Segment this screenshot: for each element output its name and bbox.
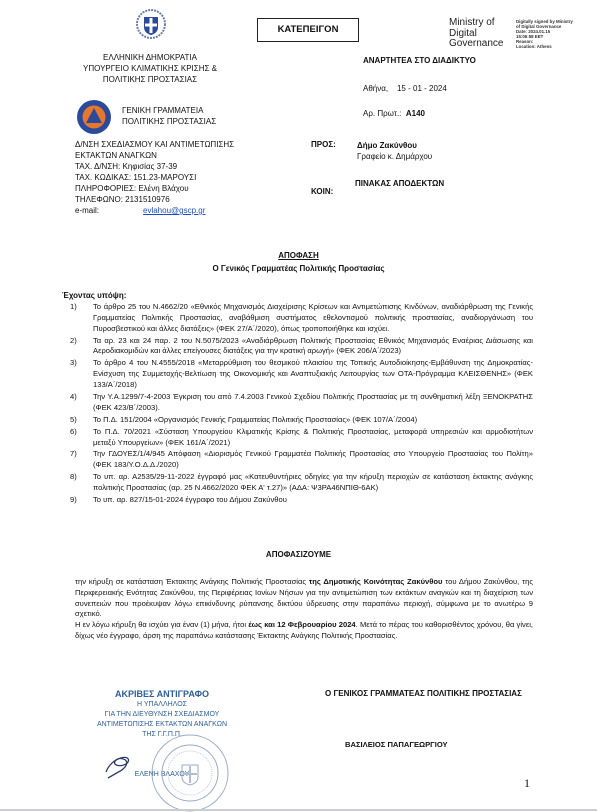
signature-meta: Digitally signed by Ministry of Digital … (516, 19, 573, 49)
item-number: 5) (70, 415, 77, 426)
secretariat-line: ΓΕΝΙΚΗ ΓΡΑΜΜΑΤΕΙΑ (122, 105, 216, 116)
considering-heading: Έχοντας υπόψη: (62, 291, 126, 300)
department-line: Δ/ΝΣΗ ΣΧΕΔΙΑΣΜΟΥ ΚΑΙ ΑΝΤΙΜΕΤΩΠΙΣΗΣ (75, 139, 234, 150)
signer-name: Ministry of Digital Governance (449, 18, 503, 50)
department-line: ΕΚΤΑΚΤΩΝ ΑΝΑΓΚΩΝ (75, 150, 234, 161)
certified-line: Η ΥΠΑΛΛΗΛΟΣ (62, 700, 262, 710)
secretary-general-name: ΒΑΣΙΛΕΙΟΣ ΠΑΠΑΓΕΩΡΓΙΟΥ (345, 740, 448, 749)
secretary-general-title: Ο ΓΕΝΙΚΟΣ ΓΡΑΜΜΑΤΕΑΣ ΠΟΛΙΤΙΚΗΣ ΠΡΟΣΤΑΣΙΑ… (325, 689, 522, 698)
list-item: 3)Το άρθρο 4 του Ν.4555/2018 «Μεταρρύθμι… (93, 358, 533, 390)
page-edge-divider (0, 809, 597, 811)
item-number: 8) (70, 472, 77, 483)
recipient-block: Δήμο Ζακύνθου Γραφείο κ. Δημάρχου (357, 140, 432, 162)
item-text: Το Π.Δ. 70/2021 «Σύσταση Υπουργείου Κλιμ… (93, 427, 533, 447)
signer-line: Ministry of (449, 18, 503, 29)
item-text: Το Π.Δ. 151/2004 «Οργανισμός Γενικής Γρα… (93, 415, 417, 424)
considerations-list: 1)Το άρθρο 25 του Ν.4662/20 «Εθνικός Μηχ… (93, 302, 533, 507)
item-number: 9) (70, 495, 77, 506)
decision-title: ΑΠΟΦΑΣΗ (0, 251, 597, 260)
text-run: την κήρυξη σε κατάσταση Έκτακτης Ανάγκης… (75, 577, 309, 586)
list-item: 6)Το Π.Δ. 70/2021 «Σύσταση Υπουργείου Κλ… (93, 427, 533, 449)
info-contact-line: ΠΛΗΡΟΦΟΡΙΕΣ: Ελένη Βλάχου (75, 183, 234, 194)
postal-code-line: ΤΑΧ. ΚΩΔΙΚΑΣ: 151.23-ΜΑΡΟΥΣΙ (75, 172, 234, 183)
item-text: Τα αρ. 23 και 24 παρ. 2 του Ν.5075/2023 … (93, 336, 533, 356)
decision-subtitle: Ο Γενικός Γραμματέας Πολιτικής Προστασία… (0, 264, 597, 273)
signature-meta-line: Location: Athens (516, 44, 573, 49)
email-link[interactable]: evlahou@gscp.gr (143, 206, 205, 215)
digital-signature-stamp[interactable]: Ministry of Digital Governance Digitally… (449, 18, 597, 54)
cc-label: ΚΟΙΝ: (311, 187, 333, 196)
document-date: Αθήνα, 15 - 01 - 2024 (363, 84, 447, 93)
official-seal-icon (150, 733, 230, 812)
item-number: 6) (70, 427, 77, 438)
item-number: 3) (70, 358, 77, 369)
item-text: Το υπ. αρ. Α2535/29-11-2022 έγγραφό μας … (93, 472, 533, 492)
list-item: 9)Το υπ. αρ. 827/15-01-2024 έγγραφο του … (93, 495, 533, 506)
item-number: 1) (70, 302, 77, 313)
decision-paragraph: την κήρυξη σε κατάσταση Έκτακτης Ανάγκης… (75, 577, 533, 620)
secretariat-name: ΓΕΝΙΚΗ ΓΡΑΜΜΑΤΕΙΑ ΠΟΛΙΤΙΚΗΣ ΠΡΟΣΤΑΣΙΑΣ (122, 105, 216, 127)
email-label: e-mail: (75, 205, 143, 216)
text-run: Η εν λόγω κήρυξη θα ισχύει για έναν (1) … (75, 620, 248, 629)
secretariat-line: ΠΟΛΙΤΙΚΗΣ ΠΡΟΣΤΑΣΙΑΣ (122, 116, 216, 127)
valid-until-date: έως και 12 Φεβρουαρίου 2024 (248, 620, 355, 629)
recipients-table-label: ΠΙΝΑΚΑΣ ΑΠΟΔΕΚΤΩΝ (355, 179, 444, 188)
list-item: 5)Το Π.Δ. 151/2004 «Οργανισμός Γενικής Γ… (93, 415, 533, 426)
phone-line: ΤΗΛΕΦΩΝΟ: 2131510976 (75, 194, 234, 205)
certified-line: ΑΝΤΙΜΕΤΩΠΙΣΗΣ ΕΚΤΑΚΤΩΝ ΑΝΑΓΚΩΝ (62, 720, 262, 730)
certified-title: ΑΚΡΙΒΕΣ ΑΝΤΙΓΡΑΦΟ (62, 688, 262, 700)
decision-text: την κήρυξη σε κατάσταση Έκτακτης Ανάγκης… (75, 577, 533, 642)
item-text: Το άρθρο 25 του Ν.4662/20 «Εθνικός Μηχαν… (93, 302, 533, 333)
to-label: ΠΡΟΣ: (311, 140, 336, 149)
address-line: ΤΑΧ. Δ/ΝΣΗ: Κηφισίας 37-39 (75, 161, 234, 172)
list-item: 4)Την Υ.Α.1299/7-4-2003 Έγκριση του από … (93, 392, 533, 414)
handwritten-signature-icon (102, 752, 138, 780)
urgent-badge: ΚΑΤΕΠΕΙΓΟΝ (257, 18, 359, 42)
protocol-number: Αρ. Πρωτ.: Α140 (363, 109, 425, 118)
date-label: Αθήνα, (363, 84, 388, 93)
protocol-value: Α140 (406, 109, 425, 118)
affected-area: της Δημοτικής Κοινότητας Ζακύνθου (309, 577, 443, 586)
ministry-line: ΕΛΛΗΝΙΚΗ ΔΗΜΟΚΡΑΤΙΑ (60, 52, 240, 63)
item-text: Το υπ. αρ. 827/15-01-2024 έγγραφο του Δή… (93, 495, 287, 504)
list-item: 7)Την ΓΔΟΥΕΣ/1/4/945 Απόφαση «Διορισμός … (93, 449, 533, 471)
department-contact-block: Δ/ΝΣΗ ΣΧΕΔΙΑΣΜΟΥ ΚΑΙ ΑΝΤΙΜΕΤΩΠΙΣΗΣ ΕΚΤΑΚ… (75, 139, 234, 216)
list-item: 2)Τα αρ. 23 και 24 παρ. 2 του Ν.5075/202… (93, 336, 533, 358)
item-text: Την ΓΔΟΥΕΣ/1/4/945 Απόφαση «Διορισμός Γε… (93, 449, 533, 469)
page-number: 1 (524, 776, 530, 791)
decide-heading: ΑΠΟΦΑΣΙΖΟΥΜΕ (0, 550, 597, 559)
list-item: 8)Το υπ. αρ. Α2535/29-11-2022 έγγραφό μα… (93, 472, 533, 494)
item-text: Την Υ.Α.1299/7-4-2003 Έγκριση του από 7.… (93, 392, 533, 412)
item-text: Το άρθρο 4 του Ν.4555/2018 «Μεταρρύθμιση… (93, 358, 533, 389)
civil-protection-logo-icon (76, 99, 112, 135)
list-item: 1)Το άρθρο 25 του Ν.4662/20 «Εθνικός Μηχ… (93, 302, 533, 334)
email-line: e-mail:evlahou@gscp.gr (75, 205, 234, 216)
item-number: 4) (70, 392, 77, 403)
greek-coat-of-arms-icon (136, 9, 166, 39)
validity-paragraph: Η εν λόγω κήρυξη θα ισχύει για έναν (1) … (75, 620, 533, 642)
recipient-name: Δήμο Ζακύνθου (357, 140, 432, 151)
certified-line: ΓΙΑ ΤΗΝ ΔΙΕΥΘΥΝΣΗ ΣΧΕΔΙΑΣΜΟΥ (62, 710, 262, 720)
item-number: 2) (70, 336, 77, 347)
signer-line: Governance (449, 39, 503, 50)
recipient-office: Γραφείο κ. Δημάρχου (357, 151, 432, 162)
protocol-label: Αρ. Πρωτ.: (363, 109, 401, 118)
publish-notice: ΑΝΑΡΤΗΤΕΑ ΣΤΟ ΔΙΑΔΙΚΤΥΟ (363, 56, 476, 65)
item-number: 7) (70, 449, 77, 460)
date-value: 15 - 01 - 2024 (397, 84, 447, 93)
ministry-line: ΠΟΛΙΤΙΚΗΣ ΠΡΟΣΤΑΣΙΑΣ (60, 74, 240, 85)
ministry-block: ΕΛΛΗΝΙΚΗ ΔΗΜΟΚΡΑΤΙΑ ΥΠΟΥΡΓΕΙΟ ΚΛΙΜΑΤΙΚΗΣ… (60, 52, 240, 85)
ministry-line: ΥΠΟΥΡΓΕΙΟ ΚΛΙΜΑΤΙΚΗΣ ΚΡΙΣΗΣ & (60, 63, 240, 74)
